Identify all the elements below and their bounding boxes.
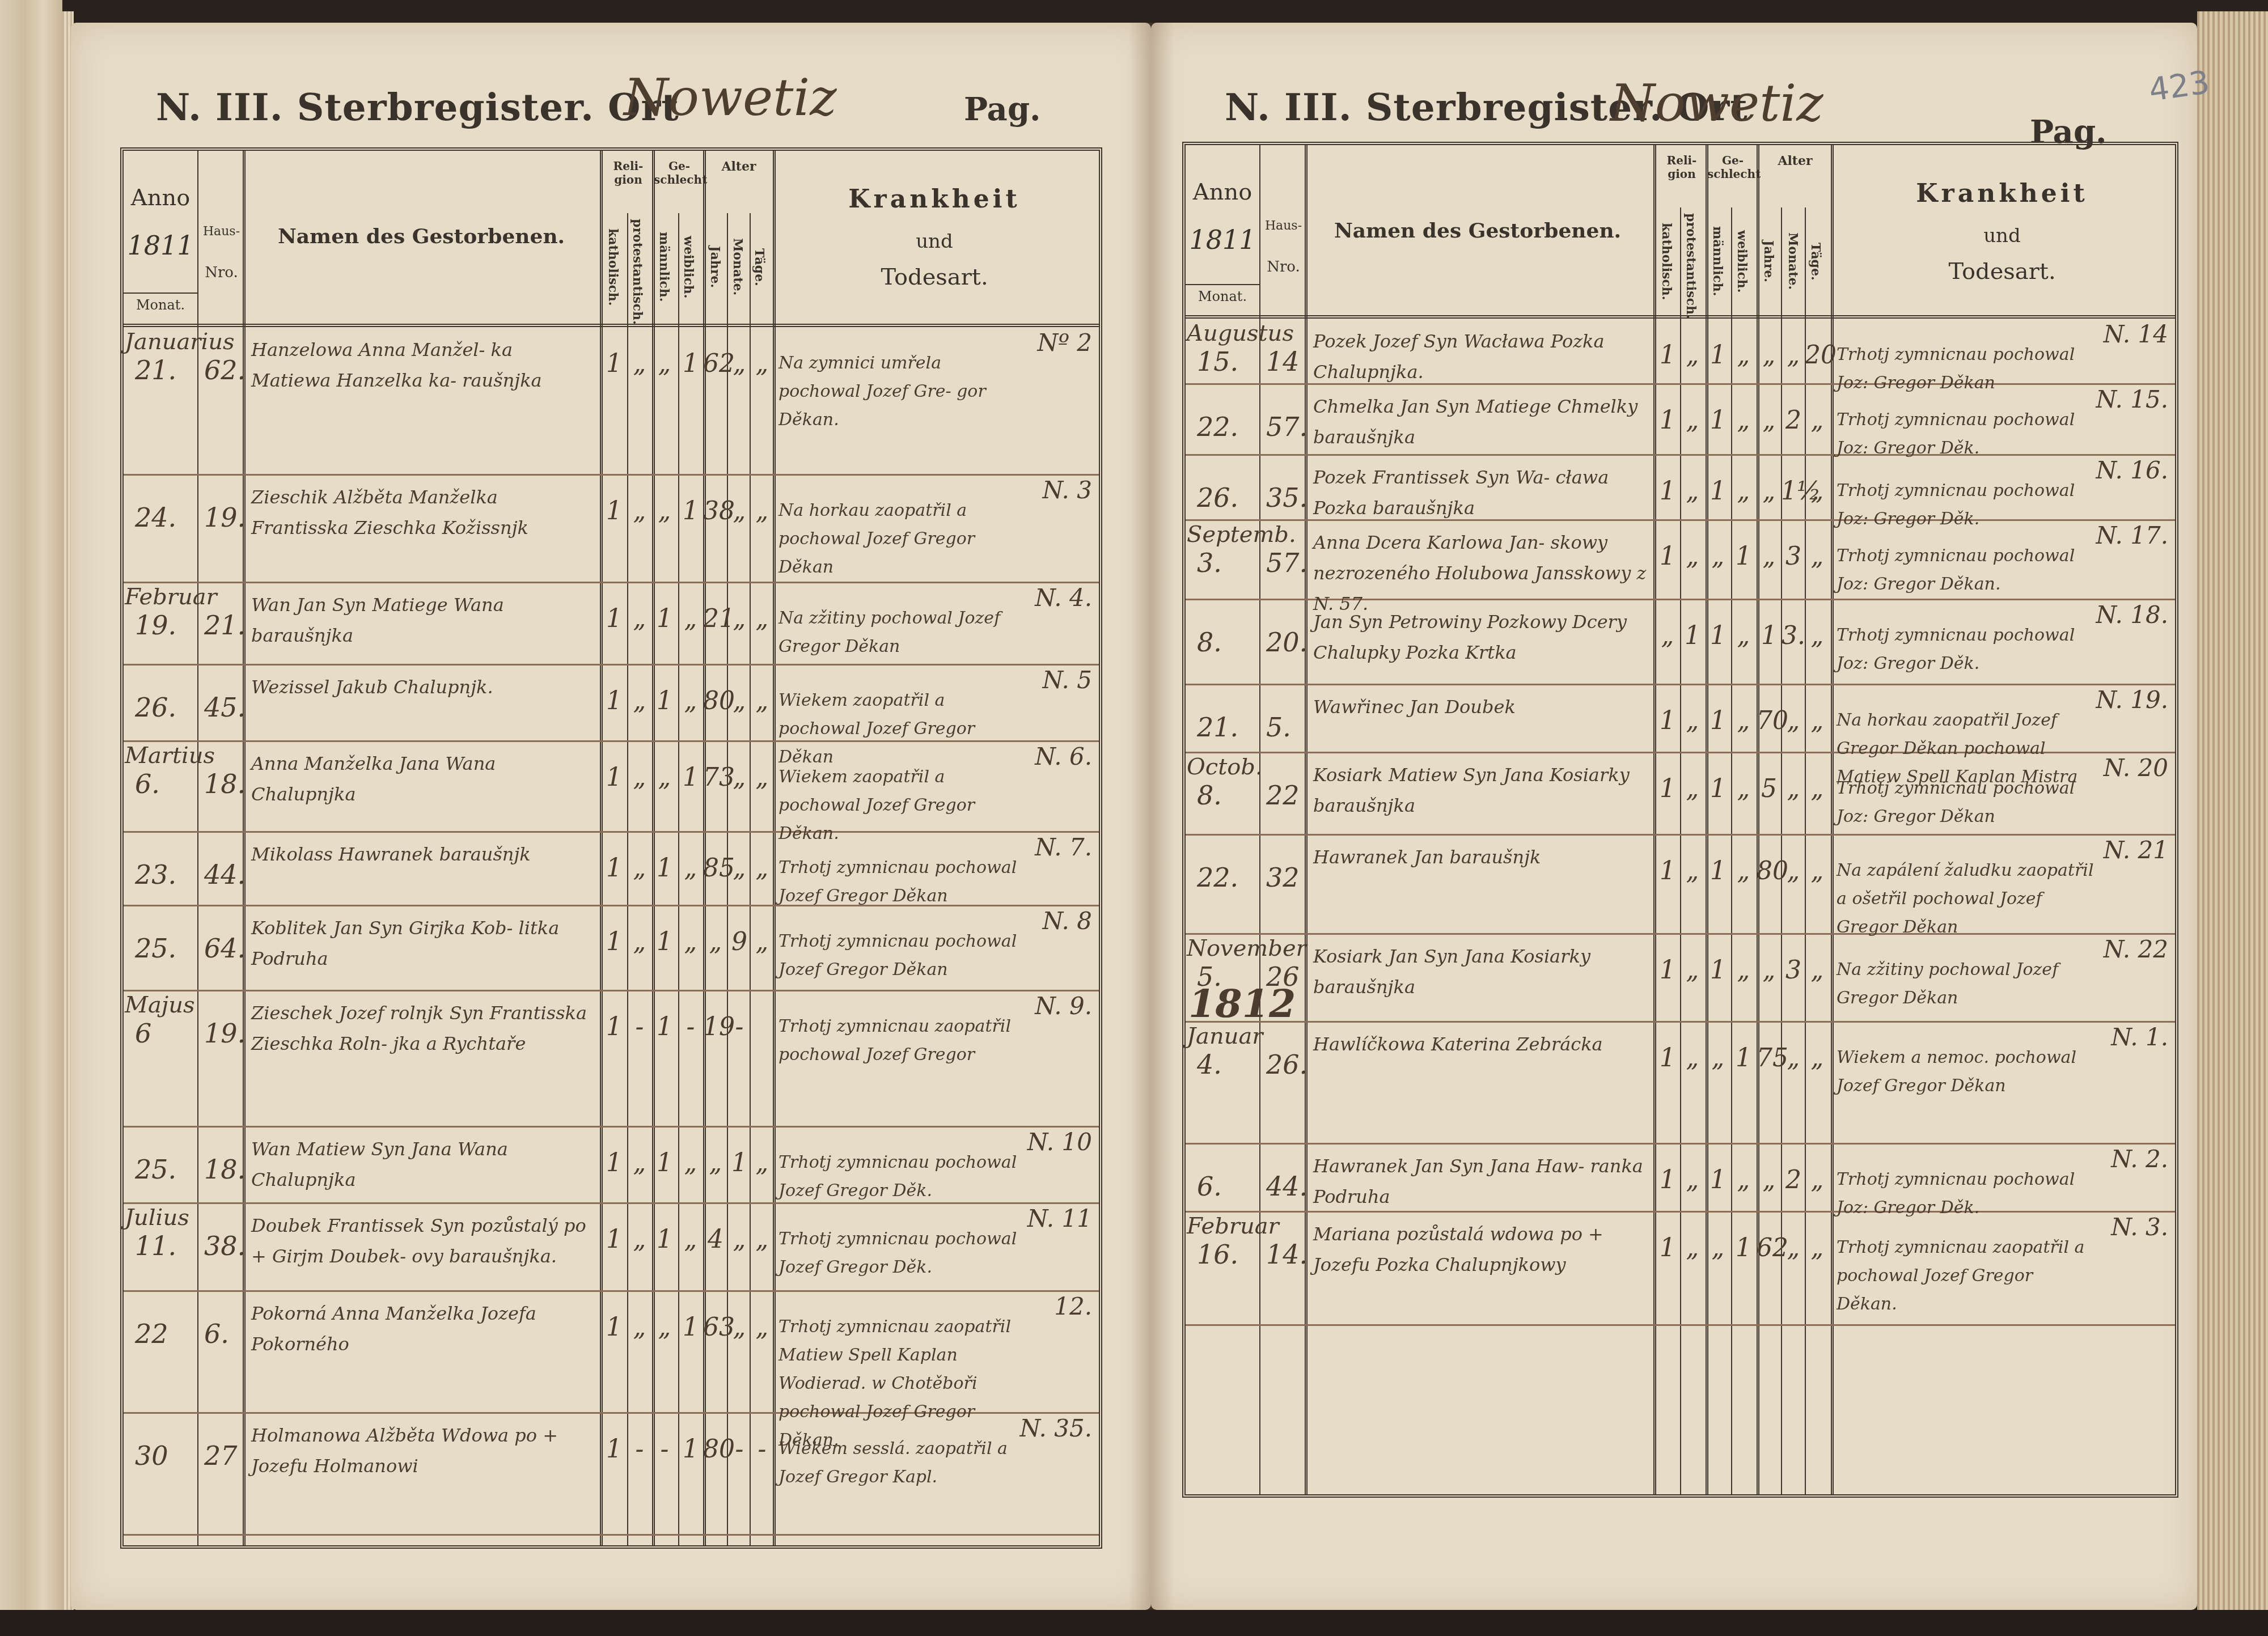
entry-cause-of-death: Na horkau zaopatřil a pochowal Jozef Gre… [778, 497, 1019, 582]
religion-label: Reli- gion [603, 159, 654, 187]
entry-months: - [727, 1435, 752, 1464]
entry-years: 62 [703, 349, 728, 378]
entry-kath: 1 [602, 497, 627, 525]
entry-kath: 1 [602, 1148, 627, 1177]
entry-house-number: 57. [1266, 412, 1308, 442]
entry-day: 15. [1197, 346, 1238, 377]
entry-record-number: N. 14 [2104, 320, 2168, 348]
entry-prot: „ [627, 349, 652, 378]
entry-house-number: 14. [1266, 1239, 1308, 1270]
alter-label: Alter [705, 159, 773, 174]
entry-months: „ [727, 497, 752, 525]
weiblich-label: weiblich. [1734, 213, 1749, 310]
entry-kath: 1 [1655, 1044, 1680, 1073]
entry-years: „ [703, 1148, 728, 1177]
entry-prot: 1 [1680, 621, 1705, 650]
entry-years: 21 [703, 604, 728, 633]
entry-months: „ [1781, 706, 1806, 735]
entry-prot: „ [627, 1225, 652, 1254]
entry-kath: 1 [1655, 542, 1680, 571]
entry-kath: 1 [1655, 477, 1680, 506]
maennlich-label: männlich. [1710, 213, 1725, 310]
entry-female: 1 [678, 1435, 703, 1464]
monate-label: Monate. [1785, 213, 1800, 310]
entry-days: „ [750, 927, 775, 956]
entry-male: 1 [1706, 706, 1730, 735]
entry-prot: „ [627, 1148, 652, 1177]
entry-day: 22 [135, 1319, 168, 1349]
katholisch-label: katholisch. [606, 219, 620, 315]
register-entry-row: Majus619.Zieschek Jozef rolnjk Syn Frant… [124, 990, 1099, 1128]
entry-deceased-name: Pozek Jozef Syn Wacława Pozka Chalupnjka… [1313, 326, 1648, 387]
entry-days: „ [1805, 1234, 1830, 1262]
entry-cause-of-death: Na zapálení žaludku zaopatřil a ošetřil … [1837, 857, 2094, 942]
entry-record-number: N. 35. [1019, 1414, 1092, 1442]
monat-label: Monat. [1186, 284, 1259, 304]
entry-months: - [727, 1012, 752, 1041]
entry-years: „ [1757, 341, 1782, 370]
background-bottom [0, 1610, 2268, 1636]
register-entry-row: Augustus15.14Pozek Jozef Syn Wacława Poz… [1186, 318, 2175, 385]
entry-female: 1 [678, 1313, 703, 1342]
register-entry-row: 23.44.Mikolass Hawranek baraušnjk1„1„85„… [124, 831, 1099, 906]
entry-record-number: N. 2. [2111, 1145, 2168, 1173]
entry-record-number: N. 15. [2096, 385, 2168, 413]
register-entry-row: Martius6.18.Anna Manželka Jana Wana Chal… [124, 740, 1099, 833]
entry-months: „ [1781, 774, 1806, 803]
entry-cause-of-death: Na zymnici umřela pochowal Jozef Gre- go… [778, 349, 1019, 434]
entry-deceased-name: Koblitek Jan Syn Girjka Kob- litka Podru… [251, 913, 594, 974]
year-label: 1811 [1186, 224, 1259, 255]
register-entry-row: Februar16.14.Mariana pozůstalá wdowa po … [1186, 1211, 2175, 1326]
jahre-label: Jahre. [1761, 213, 1776, 310]
entry-prot: „ [627, 604, 652, 633]
entry-record-number: N. 4. [1035, 584, 1092, 612]
entry-record-number: N. 7. [1035, 833, 1092, 861]
anno-label: Anno [124, 185, 197, 211]
register-entry-row: 22.57.Chmelka Jan Syn Matiege Chmelky ba… [1186, 383, 2175, 456]
entry-months: 1 [727, 1148, 752, 1177]
entry-months: 2 [1781, 1165, 1806, 1194]
monat-label: Monat. [124, 293, 197, 313]
name-column-label: Namen des Gestorbenen. [246, 224, 597, 248]
entry-day: 22. [1197, 412, 1238, 442]
entry-cause-of-death: Na zžitiny pochowal Jozef Gregor Děkan [1837, 956, 2094, 1012]
entry-kath: 1 [602, 349, 627, 378]
entry-female: „ [678, 604, 703, 633]
entry-day: 26. [135, 692, 176, 723]
entry-female: 1 [678, 349, 703, 378]
entry-day: 21. [1197, 712, 1238, 743]
entry-male: 1 [652, 1012, 677, 1041]
entry-months: „ [1781, 341, 1806, 370]
entry-male: 1 [1706, 956, 1730, 985]
entry-record-number: N. 3 [1043, 476, 1093, 504]
entry-deceased-name: Jan Syn Petrowiny Pozkowy Dcery Chalupky… [1313, 607, 1648, 668]
entry-days: „ [750, 349, 775, 378]
entry-deceased-name: Wan Matiew Syn Jana Wana Chalupnjka [251, 1134, 594, 1195]
entry-years: 85 [703, 854, 728, 883]
entry-house-number: 57. [1266, 548, 1308, 578]
entry-female: 1 [1731, 1234, 1756, 1262]
entry-day: 22. [1197, 862, 1238, 893]
entry-months: 3 [1781, 956, 1806, 985]
entry-month: Februar [1187, 1213, 1300, 1239]
entry-days: „ [1805, 1044, 1830, 1073]
register-entry-row: November5.26Kosiark Jan Syn Jana Kosiark… [1186, 933, 2175, 1023]
entry-years: 62 [1757, 1234, 1782, 1262]
entry-days: „ [750, 854, 775, 883]
haus-label: Haus- [1262, 219, 1305, 233]
entry-months: 3 [1781, 542, 1806, 571]
entry-deceased-name: Pokorná Anna Manželka Jozefa Pokorného [251, 1298, 594, 1359]
entry-years: 38 [703, 497, 728, 525]
entry-day: 8. [1197, 780, 1222, 811]
entry-prot: „ [1680, 542, 1705, 571]
entry-years: 63 [703, 1313, 728, 1342]
register-entry-row: 26.35.Pozek Frantissek Syn Wa- cława Poz… [1186, 454, 2175, 521]
entry-record-number: N. 10 [1027, 1128, 1092, 1156]
register-entry-row: Julius11.38.Doubek Frantissek Syn pozůst… [124, 1202, 1099, 1292]
entry-male: 1 [1706, 774, 1730, 803]
entry-months: 9 [727, 927, 752, 956]
entry-house-number: 32 [1266, 862, 1300, 893]
entry-deceased-name: Doubek Frantissek Syn pozůstalý po + Gir… [251, 1210, 594, 1271]
entry-months: „ [727, 854, 752, 883]
entry-cause-of-death: Trhotj zymnicnau pochowal Jozef Gregor D… [778, 927, 1019, 984]
entry-day: 23. [135, 859, 176, 890]
register-entry-row: 1812Januar4.26.Hawlíčkowa Katerina Zebrá… [1186, 1021, 2175, 1145]
entry-years: 80 [703, 686, 728, 715]
entry-day: 21. [135, 355, 176, 385]
entry-house-number: 35. [1266, 482, 1308, 513]
year-label: 1811 [124, 230, 197, 261]
entry-deceased-name: Kosiark Matiew Syn Jana Kosiarky baraušn… [1313, 760, 1648, 821]
entry-days: „ [750, 604, 775, 633]
entry-years: 80 [703, 1435, 728, 1464]
entry-kath: 1 [602, 1313, 627, 1342]
entry-male: 1 [1706, 1165, 1730, 1194]
register-entry-row: Septemb.3.57.Anna Dcera Karlowa Jan- sko… [1186, 519, 2175, 600]
year-marker: 1812 [1188, 981, 1296, 1027]
entry-prot: „ [627, 763, 652, 792]
entry-house-number: 5. [1266, 712, 1291, 743]
entry-prot: „ [627, 497, 652, 525]
entry-prot: „ [627, 854, 652, 883]
entry-male: „ [652, 497, 677, 525]
entry-days: 20 [1805, 341, 1830, 370]
entry-month: November [1187, 935, 1300, 961]
entry-days: „ [1805, 477, 1830, 506]
entry-deceased-name: Zieschik Alžběta Manželka Frantisska Zie… [251, 482, 594, 543]
ledger-spread: N. III. Sterbregister. Ort Nowetiz Pag. … [0, 0, 2268, 1636]
register-entry-row: 26.45.Wezissel Jakub Chalupnjk.1„1„80„„W… [124, 664, 1099, 742]
entry-prot: „ [1680, 406, 1705, 435]
entry-day: 25. [135, 1154, 176, 1185]
entry-months: „ [727, 1225, 752, 1254]
entry-cause-of-death: Trhotj zymnicnau pochowal Joz: Gregor Dě… [1837, 542, 2094, 599]
entry-house-number: 38. [204, 1231, 246, 1261]
entry-days: „ [1805, 857, 1830, 885]
right-place-name: Nowetiz [1610, 74, 1823, 133]
entry-prot: „ [1680, 477, 1705, 506]
alter-label: Alter [1758, 154, 1832, 168]
anno-label: Anno [1186, 179, 1259, 205]
jahre-label: Jahre. [708, 219, 722, 315]
entry-deceased-name: Kosiark Jan Syn Jana Kosiarky baraušnjka [1313, 941, 1648, 1002]
register-entry-row: 226.Pokorná Anna Manželka Jozefa Pokorné… [124, 1290, 1099, 1414]
entry-female: „ [1731, 406, 1756, 435]
entry-day: 25. [135, 933, 176, 964]
entry-days: „ [1805, 621, 1830, 650]
entry-record-number: N. 22 [2104, 935, 2168, 963]
entry-female: „ [1731, 621, 1756, 650]
left-register-table: Anno 1811 Monat. Haus- Nro. Namen des Ge… [120, 147, 1102, 1549]
entry-months: „ [1781, 1044, 1806, 1073]
entry-days: „ [1805, 956, 1830, 985]
entry-record-number: N. 3. [2111, 1213, 2168, 1241]
entry-deceased-name: Wan Jan Syn Matiege Wana baraušnjka [251, 590, 594, 651]
entry-days: „ [1805, 774, 1830, 803]
entry-kath: 1 [602, 763, 627, 792]
entry-female: „ [1731, 774, 1756, 803]
entry-female: 1 [1731, 1044, 1756, 1073]
entry-years: 5 [1757, 774, 1782, 803]
entry-record-number: N. 8 [1043, 907, 1093, 935]
entry-female: - [678, 1012, 703, 1041]
entry-house-number: 44. [1266, 1171, 1308, 1202]
entry-day: 6 [135, 1018, 151, 1049]
entry-cause-of-death: Trhotj zymnicnau pochowal Joz: Gregor Dě… [1837, 774, 2094, 831]
entry-kath: 1 [1655, 406, 1680, 435]
entry-years: 1 [1757, 621, 1782, 650]
entry-month: Augustus [1187, 320, 1300, 346]
entry-male: 1 [1706, 857, 1730, 885]
entry-record-number: N. 1. [2111, 1023, 2168, 1051]
entry-house-number: 14 [1266, 346, 1300, 377]
entry-years: „ [1757, 1165, 1782, 1194]
entry-deceased-name: Mariana pozůstalá wdowa po + Jozefu Pozk… [1313, 1219, 1648, 1280]
entry-months: „ [1781, 857, 1806, 885]
entry-years: 70 [1757, 706, 1782, 735]
entry-male: 1 [652, 1225, 677, 1254]
entry-deceased-name: Wezissel Jakub Chalupnjk. [251, 672, 594, 702]
entry-house-number: 44. [204, 859, 246, 890]
register-entry-row: 6.44.Hawranek Jan Syn Jana Haw- ranka Po… [1186, 1143, 2175, 1213]
entry-house-number: 19. [204, 502, 246, 533]
entry-day: 4. [1197, 1049, 1222, 1080]
entry-day: 30 [135, 1440, 168, 1471]
und-label: und [776, 230, 1093, 253]
entry-male: „ [1706, 1044, 1730, 1073]
left-form-label: N. III. Sterbregister. Ort [156, 85, 679, 129]
entry-record-number: N. 11 [1027, 1205, 1092, 1232]
entry-cause-of-death: Trhotj zymnicnau pochowal Joz: Gregor Dě… [1837, 621, 2094, 678]
entry-female: „ [678, 927, 703, 956]
entry-years: 73 [703, 763, 728, 792]
entry-prot: „ [627, 927, 652, 956]
entry-prot: - [627, 1435, 652, 1464]
entry-female: 1 [678, 763, 703, 792]
entry-house-number: 64. [204, 933, 246, 964]
katholisch-label: katholisch. [1659, 213, 1674, 310]
haus-label: Haus- [200, 224, 243, 239]
entry-years: 80 [1757, 857, 1782, 885]
entry-kath: 1 [602, 1012, 627, 1041]
geschlecht-label: Ge- schlecht [1707, 154, 1758, 181]
entry-male: 1 [652, 604, 677, 633]
entry-cause-of-death: Wiekem a nemoc. pochowal Jozef Gregor Dě… [1837, 1044, 2094, 1100]
register-entry-row: 8.20.Jan Syn Petrowiny Pozkowy Dcery Cha… [1186, 599, 2175, 685]
entry-deceased-name: Hawranek Jan baraušnjk [1313, 842, 1648, 872]
entry-days: „ [750, 1148, 775, 1177]
entry-kath: 1 [1655, 706, 1680, 735]
entry-days: „ [1805, 1165, 1830, 1194]
entry-days: „ [750, 686, 775, 715]
entry-female: „ [1731, 1165, 1756, 1194]
entry-cause-of-death: Trhotj zymnicnau zaopatřil a pochowal Jo… [1837, 1234, 2094, 1319]
entry-months: „ [727, 686, 752, 715]
entry-kath: „ [1655, 621, 1680, 650]
entry-house-number: 18. [204, 1154, 246, 1185]
entry-days: „ [1805, 706, 1830, 735]
entry-months: „ [727, 1313, 752, 1342]
protestantisch-label: protestantisch. [1683, 213, 1698, 310]
entry-months: „ [727, 349, 752, 378]
entry-years: „ [703, 927, 728, 956]
entry-house-number: 62. [204, 355, 246, 385]
entry-prot: „ [627, 686, 652, 715]
entry-prot: „ [1680, 1234, 1705, 1262]
entry-male: „ [652, 349, 677, 378]
entry-days: „ [750, 1313, 775, 1342]
entry-house-number: 18. [204, 769, 246, 799]
entry-days: „ [750, 763, 775, 792]
entry-prot: „ [1680, 706, 1705, 735]
register-entry-row: Januarius21.62.Hanzelowa Anna Manžel- ka… [124, 327, 1099, 476]
und-label: und [1835, 224, 2169, 247]
entry-male: 1 [1706, 406, 1730, 435]
entry-day: 6. [1197, 1171, 1222, 1202]
entry-kath: 1 [602, 1435, 627, 1464]
entry-record-number: N. 20 [2104, 754, 2168, 782]
entry-years: „ [1757, 477, 1782, 506]
entry-years: „ [1757, 956, 1782, 985]
entry-day: 16. [1197, 1239, 1238, 1270]
entry-house-number: 26. [1266, 1049, 1308, 1080]
entry-prot: „ [1680, 857, 1705, 885]
krankheit-label: Krankheit [1835, 179, 2169, 208]
entry-kath: 1 [602, 854, 627, 883]
entry-years: 19 [703, 1012, 728, 1041]
taege-label: Täge. [752, 219, 767, 315]
entry-female: „ [1731, 341, 1756, 370]
entry-month: Julius [125, 1205, 238, 1231]
entry-kath: 1 [1655, 857, 1680, 885]
entry-male: - [652, 1435, 677, 1464]
entry-cause-of-death: Na zžitiny pochowal Jozef Gregor Děkan [778, 604, 1019, 661]
weiblich-label: weiblich. [681, 219, 696, 315]
entry-kath: 1 [1655, 341, 1680, 370]
entry-day: 8. [1197, 627, 1222, 658]
entry-months: 1½ [1781, 477, 1806, 506]
todesart-label: Todesart. [776, 264, 1093, 290]
entry-record-number: N. 5 [1043, 666, 1093, 694]
entry-day: 19. [135, 610, 176, 641]
entry-female: „ [678, 1148, 703, 1177]
entry-kath: 1 [1655, 956, 1680, 985]
entry-female: „ [678, 686, 703, 715]
entry-female: „ [1731, 857, 1756, 885]
entry-prot: „ [1680, 956, 1705, 985]
entry-days: - [750, 1435, 775, 1464]
entry-cause-of-death: Trhotj zymnicnau pochowal Jozef Gregor D… [778, 1148, 1019, 1205]
entry-days: „ [750, 1225, 775, 1254]
entry-years: 4 [703, 1225, 728, 1254]
entry-deceased-name: Hawlíčkowa Katerina Zebrácka [1313, 1029, 1648, 1059]
entry-deceased-name: Wawřinec Jan Doubek [1313, 692, 1648, 722]
maennlich-label: männlich. [657, 219, 671, 315]
entry-deceased-name: Holmanowa Alžběta Wdowa po + Jozefu Holm… [251, 1420, 594, 1481]
entry-day: 26. [1197, 482, 1238, 513]
entry-record-number: N. 21 [2104, 836, 2168, 864]
name-column-label: Namen des Gestorbenen. [1308, 219, 1648, 243]
entry-months: „ [727, 763, 752, 792]
entry-months: „ [1781, 1234, 1806, 1262]
entry-days: „ [1805, 542, 1830, 571]
entry-day: 6. [135, 769, 160, 799]
entry-prot: „ [1680, 1044, 1705, 1073]
entry-month: Majus [125, 992, 238, 1018]
entry-prot: - [627, 1012, 652, 1041]
entry-deceased-name: Mikolass Hawranek baraušnjk [251, 839, 594, 870]
entry-months: 3. [1781, 621, 1806, 650]
entry-house-number: 6. [204, 1319, 229, 1349]
entry-month: Septemb. [1187, 522, 1300, 548]
register-entry-row: 21.5.Wawřinec Jan Doubek1„1„70„„Na horka… [1186, 684, 2175, 753]
register-entry-row: 24.19.Zieschik Alžběta Manželka Frantiss… [124, 474, 1099, 583]
entry-female: „ [1731, 956, 1756, 985]
entry-cause-of-death: Trhotj zymnicnau pochowal Jozef Gregor D… [778, 1225, 1019, 1282]
entry-female: „ [678, 854, 703, 883]
entry-days: „ [750, 497, 775, 525]
entry-kath: 1 [1655, 1165, 1680, 1194]
entry-house-number: 27 [204, 1440, 238, 1471]
entry-male: 1 [1706, 477, 1730, 506]
entry-house-number: 20. [1266, 627, 1308, 658]
register-entry-row: 25.18.Wan Matiew Syn Jana Wana Chalupnjk… [124, 1126, 1099, 1204]
entry-years: „ [1757, 406, 1782, 435]
entry-prot: „ [1680, 341, 1705, 370]
book-edge-left [0, 0, 62, 1636]
entry-kath: 1 [1655, 1234, 1680, 1262]
entry-male: „ [1706, 542, 1730, 571]
entry-record-number: N. 16. [2096, 456, 2168, 484]
entry-record-number: N. 17. [2096, 522, 2168, 549]
entry-deceased-name: Pozek Frantissek Syn Wa- cława Pozka bar… [1313, 462, 1648, 523]
entry-kath: 1 [602, 927, 627, 956]
entry-record-number: 12. [1054, 1292, 1092, 1320]
entry-male: 1 [652, 1148, 677, 1177]
nro-label: Nro. [1262, 258, 1305, 276]
protestantisch-label: protestantisch. [630, 219, 645, 315]
entry-record-number: N. 19. [2096, 686, 2168, 714]
taege-label: Täge. [1808, 213, 1823, 310]
entry-day: 3. [1197, 548, 1222, 578]
entry-prot: „ [627, 1313, 652, 1342]
register-entry-row: Octob.8.22Kosiark Matiew Syn Jana Kosiar… [1186, 752, 2175, 836]
page-stack-right [2197, 11, 2268, 1636]
